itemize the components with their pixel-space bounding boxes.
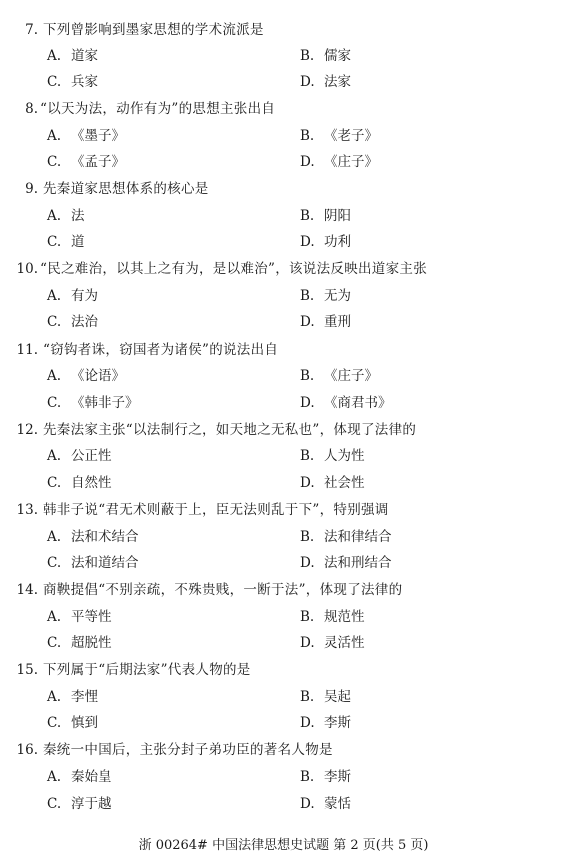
option-a: A.《论语》 — [47, 366, 125, 386]
option-text: 慎到 — [71, 715, 98, 731]
option-text: 无为 — [324, 288, 351, 304]
option-text: 公正性 — [71, 448, 112, 464]
option-label: B. — [300, 46, 324, 66]
option-label: C. — [47, 553, 71, 573]
option-d: D.法和刑结合 — [300, 553, 392, 573]
question-text: 下列曾影响到墨家思想的学术流派是 — [43, 20, 264, 40]
option-b: B.法和律结合 — [300, 527, 392, 547]
question-text: 下列属于“后期法家”代表人物的是 — [43, 660, 251, 680]
option-c: C.《孟子》 — [47, 152, 125, 172]
question-number: 13. — [0, 500, 38, 520]
question-number: 7. — [0, 20, 38, 40]
option-text: 吴起 — [324, 689, 351, 705]
option-text: 李斯 — [324, 715, 351, 731]
option-b: B.阴阳 — [300, 206, 351, 226]
option-label: C. — [47, 713, 71, 733]
option-text: 法 — [71, 208, 85, 224]
option-text: 功利 — [324, 234, 351, 250]
option-label: C. — [47, 794, 71, 814]
option-text: 法和术结合 — [71, 529, 139, 545]
option-text: 社会性 — [324, 475, 365, 491]
option-d: D.重刑 — [300, 312, 351, 332]
question-text: “窃钩者诛，窃国者为诸侯”的说法出自 — [43, 340, 278, 360]
option-label: B. — [300, 527, 324, 547]
option-c: C.道 — [47, 232, 85, 252]
option-text: 法和道结合 — [71, 555, 139, 571]
option-label: A. — [47, 607, 71, 627]
option-label: A. — [47, 446, 71, 466]
option-label: A. — [47, 527, 71, 547]
option-b: B.《老子》 — [300, 126, 378, 146]
option-label: A. — [47, 286, 71, 306]
option-c: C.兵家 — [47, 72, 98, 92]
option-label: D. — [300, 553, 324, 573]
option-label: D. — [300, 152, 324, 172]
option-d: D.社会性 — [300, 473, 365, 493]
option-d: D.灵活性 — [300, 633, 365, 653]
question-number: 16. — [0, 740, 38, 760]
option-label: C. — [47, 232, 71, 252]
option-c: C.法和道结合 — [47, 553, 139, 573]
option-b: B.《庄子》 — [300, 366, 378, 386]
option-label: D. — [300, 72, 324, 92]
option-text: 李悝 — [71, 689, 98, 705]
option-text: 有为 — [71, 288, 98, 304]
option-text: 《论语》 — [71, 368, 125, 384]
option-b: B.无为 — [300, 286, 351, 306]
option-text: 规范性 — [324, 609, 365, 625]
option-label: A. — [47, 206, 71, 226]
option-text: 法和律结合 — [324, 529, 392, 545]
option-label: A. — [47, 767, 71, 787]
option-d: D.蒙恬 — [300, 794, 351, 814]
question-9: 9. 先秦道家思想体系的核心是 — [0, 179, 567, 199]
question-text: 商鞅提倡“不别亲疏，不殊贵贱，一断于法”，体现了法律的 — [43, 580, 402, 600]
option-label: B. — [300, 446, 324, 466]
option-text: 蒙恬 — [324, 796, 351, 812]
option-text: 《韩非子》 — [71, 395, 139, 411]
option-text: 《庄子》 — [324, 368, 378, 384]
question-number: 14. — [0, 580, 38, 600]
option-a: A.法和术结合 — [47, 527, 139, 547]
option-label: C. — [47, 633, 71, 653]
option-d: D.李斯 — [300, 713, 351, 733]
option-d: D.法家 — [300, 72, 351, 92]
option-text: 《老子》 — [324, 128, 378, 144]
question-11: 11. “窃钩者诛，窃国者为诸侯”的说法出自 — [0, 340, 567, 360]
option-label: C. — [47, 72, 71, 92]
question-12: 12. 先秦法家主张“以法制行之，如天地之无私也”，体现了法律的 — [0, 420, 567, 440]
option-label: D. — [300, 232, 324, 252]
option-c: C.超脱性 — [47, 633, 112, 653]
option-label: D. — [300, 312, 324, 332]
option-a: A.有为 — [47, 286, 98, 306]
option-text: 淳于越 — [71, 796, 112, 812]
option-b: B.规范性 — [300, 607, 365, 627]
option-b: B.儒家 — [300, 46, 351, 66]
option-b: B.吴起 — [300, 687, 351, 707]
option-d: D.《商君书》 — [300, 393, 392, 413]
question-10: 10. “民之难治，以其上之有为，是以难治”，该说法反映出道家主张 — [0, 259, 567, 279]
option-a: A.秦始皇 — [47, 767, 112, 787]
option-a: A.法 — [47, 206, 85, 226]
option-label: D. — [300, 713, 324, 733]
option-c: C.《韩非子》 — [47, 393, 139, 413]
option-c: C.法治 — [47, 312, 98, 332]
question-number: 11. — [0, 340, 38, 360]
option-text: 《孟子》 — [71, 154, 125, 170]
question-16: 16. 秦统一中国后，主张分封子弟功臣的著名人物是 — [0, 740, 567, 760]
option-label: A. — [47, 126, 71, 146]
option-label: A. — [47, 687, 71, 707]
option-label: B. — [300, 767, 324, 787]
question-15: 15. 下列属于“后期法家”代表人物的是 — [0, 660, 567, 680]
question-number: 15. — [0, 660, 38, 680]
option-label: C. — [47, 312, 71, 332]
option-label: D. — [300, 633, 324, 653]
option-label: C. — [47, 152, 71, 172]
option-label: D. — [300, 473, 324, 493]
option-a: A.平等性 — [47, 607, 112, 627]
question-text: “民之难治，以其上之有为，是以难治”，该说法反映出道家主张 — [40, 259, 427, 279]
option-text: 道 — [71, 234, 85, 250]
option-a: A.公正性 — [47, 446, 112, 466]
option-label: B. — [300, 687, 324, 707]
question-number: 12. — [0, 420, 38, 440]
option-a: A.道家 — [47, 46, 98, 66]
question-7: 7. 下列曾影响到墨家思想的学术流派是 — [0, 20, 567, 40]
question-number: 10. — [0, 259, 38, 279]
question-text: “以天为法，动作有为”的思想主张出自 — [40, 99, 275, 119]
question-14: 14. 商鞅提倡“不别亲疏，不殊贵贱，一断于法”，体现了法律的 — [0, 580, 567, 600]
question-text: 先秦道家思想体系的核心是 — [43, 179, 209, 199]
option-label: B. — [300, 366, 324, 386]
option-b: B.人为性 — [300, 446, 365, 466]
option-text: 自然性 — [71, 475, 112, 491]
option-c: C.慎到 — [47, 713, 98, 733]
option-text: 人为性 — [324, 448, 365, 464]
option-label: B. — [300, 206, 324, 226]
option-text: 法家 — [324, 74, 351, 90]
option-label: D. — [300, 393, 324, 413]
option-a: A.《墨子》 — [47, 126, 125, 146]
option-b: B.李斯 — [300, 767, 351, 787]
option-text: 阴阳 — [324, 208, 351, 224]
option-text: 法治 — [71, 314, 98, 330]
option-text: 兵家 — [71, 74, 98, 90]
question-text: 秦统一中国后，主张分封子弟功臣的著名人物是 — [43, 740, 333, 760]
option-label: A. — [47, 46, 71, 66]
question-number: 8. — [0, 99, 38, 119]
option-text: 李斯 — [324, 769, 351, 785]
question-text: 韩非子说“君无术则蔽于上，臣无法则乱于下”，特别强调 — [43, 500, 389, 520]
option-label: C. — [47, 473, 71, 493]
option-a: A.李悝 — [47, 687, 98, 707]
option-text: 平等性 — [71, 609, 112, 625]
option-label: B. — [300, 126, 324, 146]
option-text: 灵活性 — [324, 635, 365, 651]
exam-page: 7. 下列曾影响到墨家思想的学术流派是 A.道家 B.儒家 C.兵家 D.法家 … — [0, 0, 567, 866]
question-number: 9. — [0, 179, 38, 199]
option-text: 《墨子》 — [71, 128, 125, 144]
option-label: A. — [47, 366, 71, 386]
option-c: C.自然性 — [47, 473, 112, 493]
option-text: 超脱性 — [71, 635, 112, 651]
question-text: 先秦法家主张“以法制行之，如天地之无私也”，体现了法律的 — [43, 420, 416, 440]
option-label: C. — [47, 393, 71, 413]
page-footer: 浙 00264# 中国法律思想史试题 第 2 页(共 5 页) — [0, 836, 567, 856]
option-c: C.淳于越 — [47, 794, 112, 814]
question-13: 13. 韩非子说“君无术则蔽于上，臣无法则乱于下”，特别强调 — [0, 500, 567, 520]
option-label: B. — [300, 286, 324, 306]
option-text: 《商君书》 — [324, 395, 392, 411]
option-text: 秦始皇 — [71, 769, 112, 785]
option-text: 法和刑结合 — [324, 555, 392, 571]
option-label: B. — [300, 607, 324, 627]
question-8: 8. “以天为法，动作有为”的思想主张出自 — [0, 99, 567, 119]
option-text: 道家 — [71, 48, 98, 64]
option-text: 儒家 — [324, 48, 351, 64]
option-d: D.功利 — [300, 232, 351, 252]
option-text: 重刑 — [324, 314, 351, 330]
option-label: D. — [300, 794, 324, 814]
option-d: D.《庄子》 — [300, 152, 378, 172]
option-text: 《庄子》 — [324, 154, 378, 170]
